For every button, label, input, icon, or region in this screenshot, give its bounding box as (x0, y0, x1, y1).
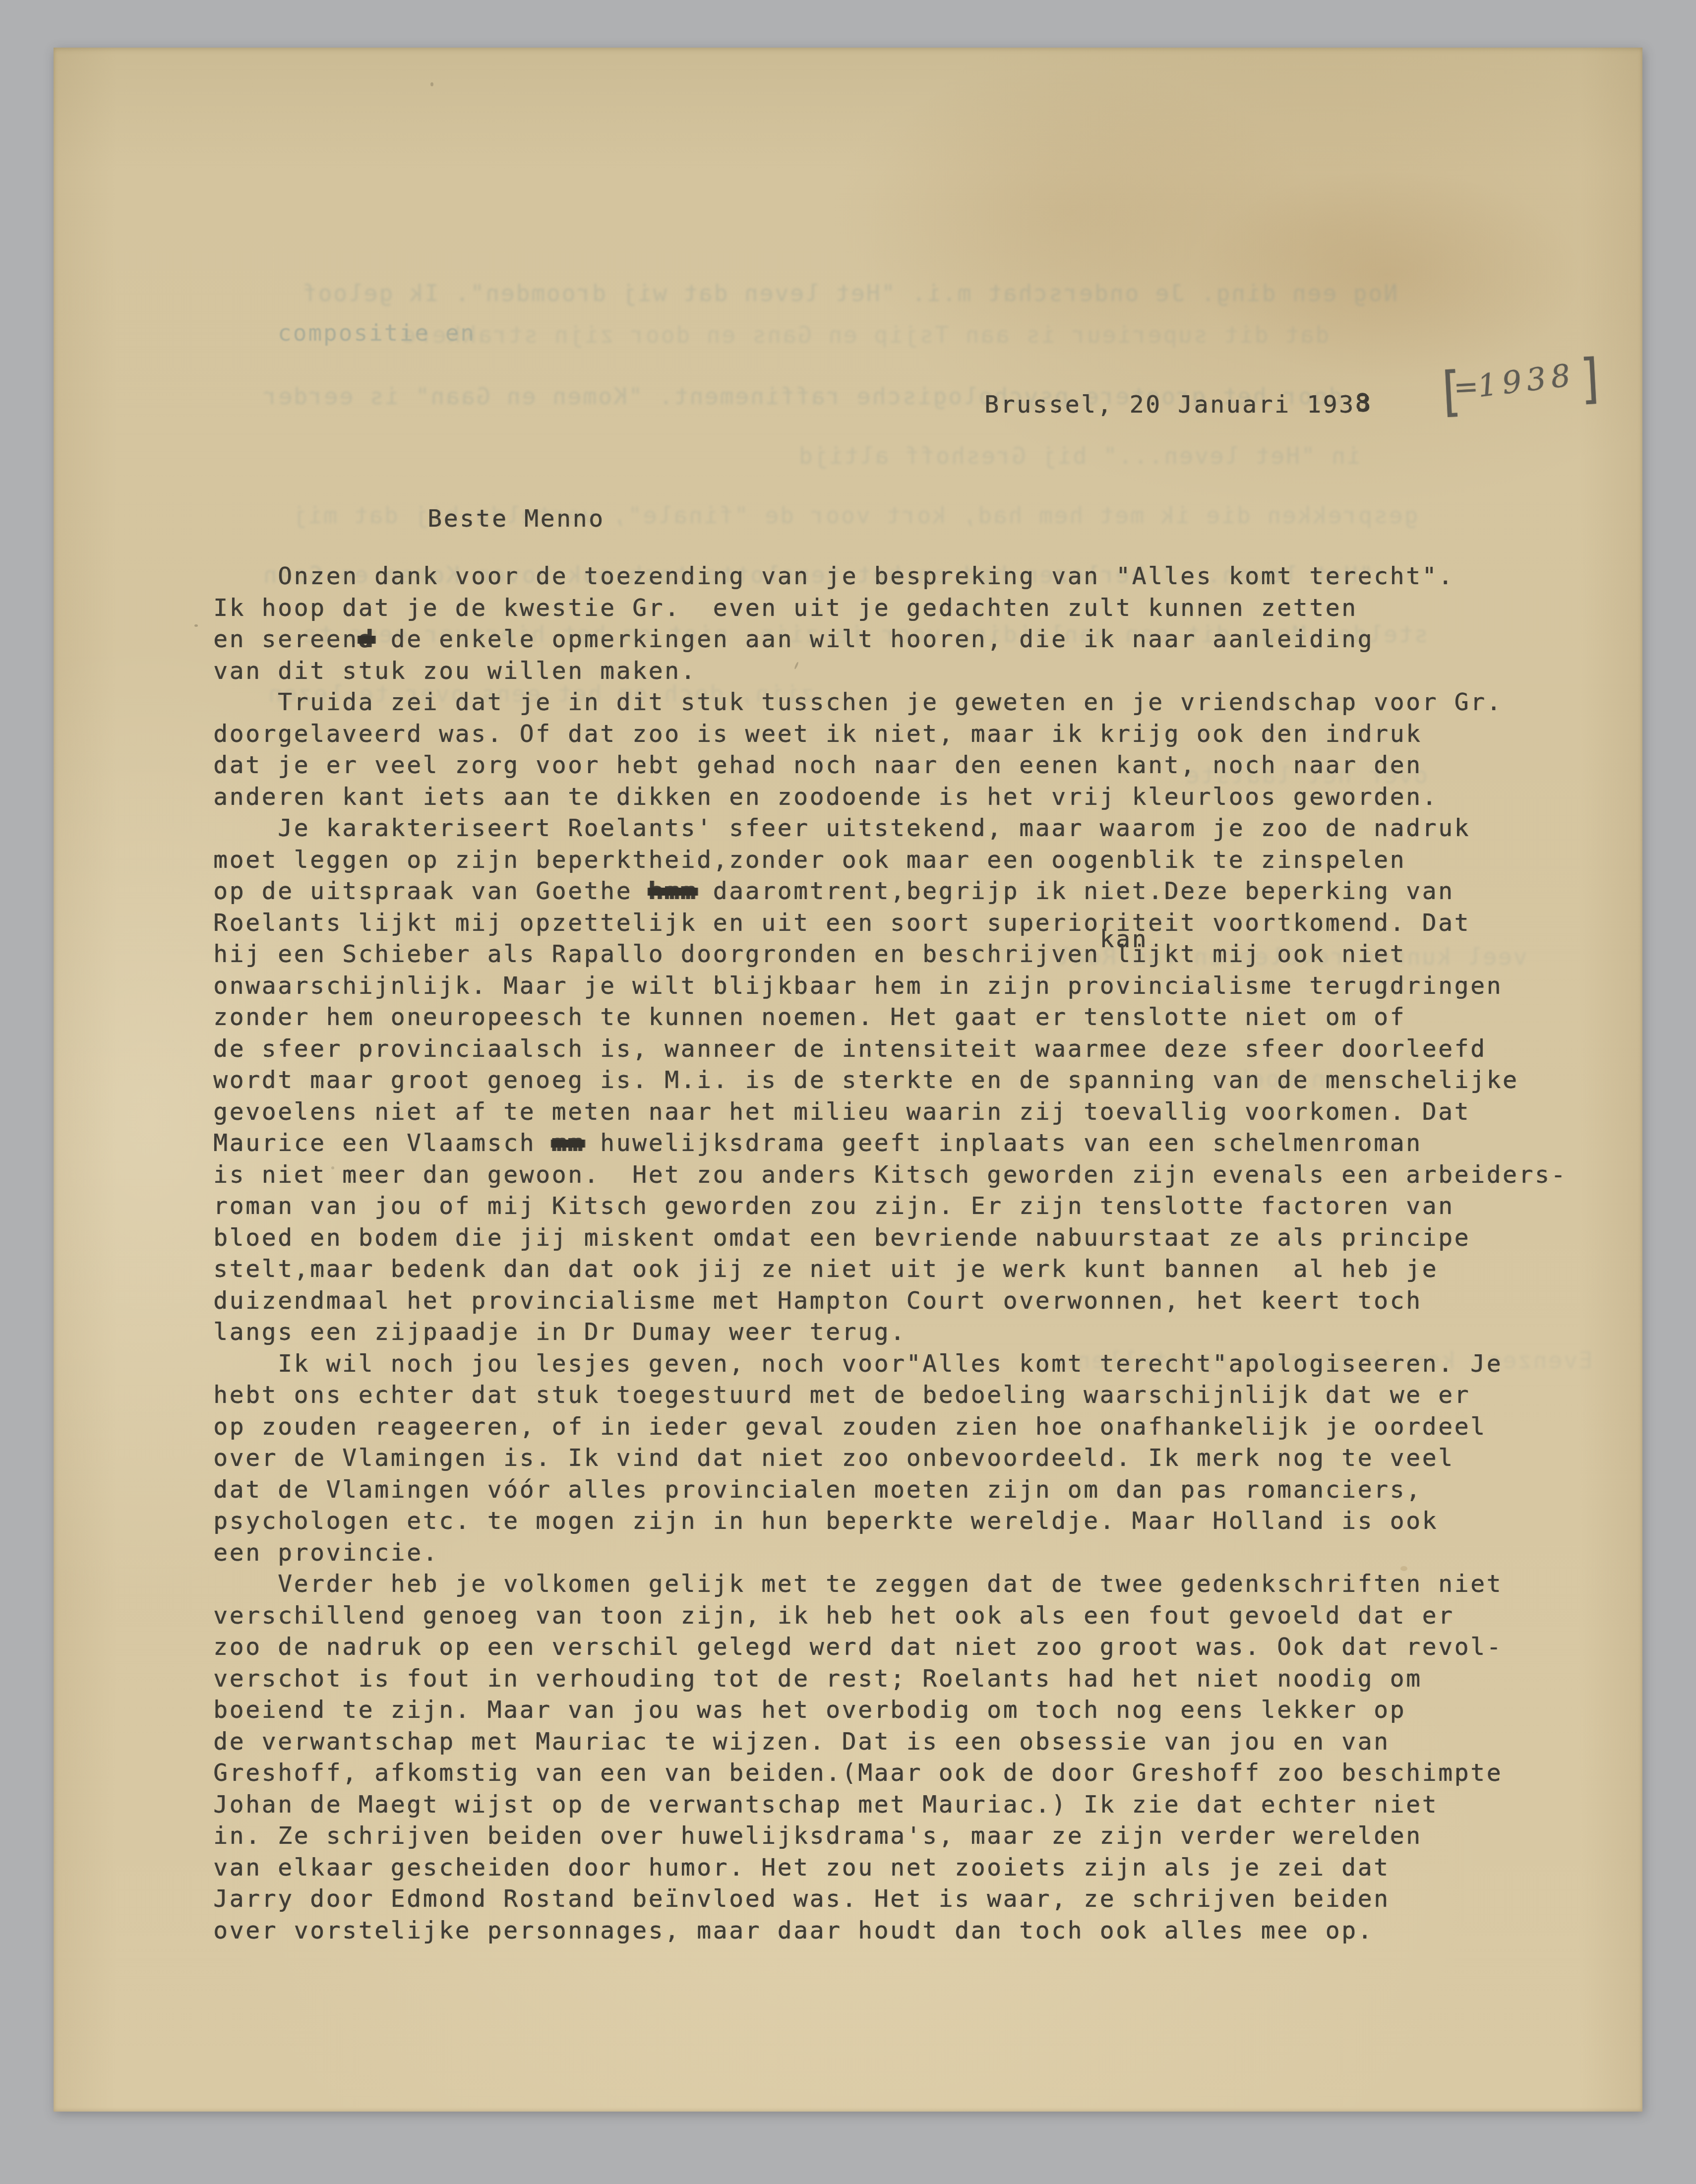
typed-line: Je karakteriseert Roelants' sfeer uitste… (213, 814, 1641, 846)
typed-line: hij een Schieber als Rapallo doorgronden… (213, 940, 1641, 972)
typed-line: Jarry door Edmond Rostand beïnvloed was.… (213, 1885, 1641, 1917)
paper-speck (331, 1166, 334, 1169)
annotation-open-bracket: [ (1441, 360, 1462, 423)
typed-line: roman van jou of mij Kitsch geworden zou… (213, 1192, 1641, 1224)
typed-line: duizendmaal het provincialisme met Hampt… (213, 1287, 1641, 1319)
annotation-close-bracket: ] (1578, 347, 1600, 410)
typed-line: verschot is fout in verhouding tot de re… (213, 1665, 1641, 1697)
typed-line: Onzen dank voor de toezending van je bes… (213, 562, 1641, 594)
typed-line: doorgelaveerd was. Of dat zoo is weet ik… (213, 720, 1641, 752)
typed-line: Roelants lijkt mij opzettelijk en uit ee… (213, 909, 1641, 941)
typed-line: Johan de Maegt wijst op de verwantschap … (213, 1791, 1641, 1822)
salutation: Beste Menno (427, 505, 605, 533)
bleedthrough-line: in "Het leven..." bij Greshoff altijd (797, 442, 1361, 469)
photo-background: { "page": { "background_color": "#afb0b2… (0, 0, 1696, 2184)
typed-line: psychologen etc. te mogen zijn in hun be… (213, 1507, 1641, 1539)
typed-line: Truida zei dat je in dit stuk tusschen j… (213, 688, 1641, 720)
typed-line: op zouden reageeren, of in ieder geval z… (213, 1413, 1641, 1445)
typed-line: over vorstelijke personnages, maar daar … (213, 1917, 1641, 1948)
letter-body: Onzen dank voor de toezending van je bes… (213, 562, 1641, 1948)
typed-line: dat de Vlamingen vóór alles provincialen… (213, 1476, 1641, 1508)
bleedthrough-line: Nog een ding. Je onderschat m.i. "Het le… (302, 280, 1397, 306)
typed-line: verschillend genoeg van toon zijn, ik he… (213, 1602, 1641, 1634)
typed-line: wordt maar groot genoeg is. M.i. is de s… (213, 1066, 1641, 1098)
typed-line: onwaarschijnlijk. Maar je wilt blijkbaar… (213, 972, 1641, 1004)
typed-line: Greshoff, afkomstig van een van beiden.(… (213, 1759, 1641, 1791)
pencil-annotation: [=1938] (1441, 356, 1600, 420)
paper-stain-dot (1400, 1566, 1407, 1571)
typed-line: hebt ons echter dat stuk toegestuurd met… (213, 1381, 1641, 1413)
typed-line: in. Ze schrijven beiden over huwelijksdr… (213, 1822, 1641, 1854)
typed-line: de sfeer provinciaalsch is, wanneer de i… (213, 1035, 1641, 1067)
typed-line: en sereend de enkele opmerkingen aan wil… (213, 625, 1641, 657)
typed-line: dat je er veel zorg voor hebt gehad noch… (213, 751, 1641, 783)
typed-line: bloed en bodem die jij miskent omdat een… (213, 1224, 1641, 1256)
typed-line: stelt,maar bedenk dan dat ook jij ze nie… (213, 1255, 1641, 1287)
typed-line: een provincie. (213, 1539, 1641, 1571)
typed-line: over de Vlamingen is. Ik vind dat niet z… (213, 1444, 1641, 1476)
annotation-year: 1938 (1475, 357, 1577, 405)
typed-line: anderen kant iets aan te dikken en zoodo… (213, 783, 1641, 815)
date-line: Brussel, 20 Januari 19338 (984, 389, 1371, 419)
paper-speck (194, 624, 198, 627)
typed-line: moet leggen op zijn beperktheid,zonder o… (213, 846, 1641, 878)
typed-line: zoo de nadruk op een verschil gelegd wer… (213, 1633, 1641, 1665)
bleedthrough-line: dat dit superieur is aan Tsjip en Gans e… (401, 321, 1329, 348)
typed-line: is niet meer dan gewoon. Het zou anders … (213, 1161, 1641, 1193)
typed-line: zonder hem oneuropeesch te kunnen noemen… (213, 1003, 1641, 1035)
typed-line: van dit stuk zou willen maken. (213, 657, 1641, 689)
paper-speck (430, 82, 433, 86)
typed-line: gevoelens niet af te meten naar het mili… (213, 1098, 1641, 1130)
typed-line: Maurice een Vlaamsch mm huwelijksdrama g… (213, 1129, 1641, 1161)
typed-line: Ik wil noch jou lesjes geven, noch voor"… (213, 1350, 1641, 1382)
typed-line: Ik hoop dat je de kwestie Gr. even uit j… (213, 594, 1641, 626)
typed-line: de verwantschap met Mauriac te wijzen. D… (213, 1728, 1641, 1759)
letter-paper: Nog een ding. Je onderschat m.i. "Het le… (54, 48, 1642, 2112)
typed-line: op de uitspraak van Goethe hmm daaromtre… (213, 877, 1641, 909)
typed-line: van elkaar gescheiden door humor. Het zo… (213, 1854, 1641, 1885)
typed-line: Verder heb je volkomen gelijk met te zeg… (213, 1570, 1641, 1602)
typed-line: boeiend te zijn. Maar van jou was het ov… (213, 1696, 1641, 1728)
typed-line: langs een zijpaadje in Dr Dumay weer ter… (213, 1318, 1641, 1350)
bleedthrough-fragment: compositie en (278, 319, 476, 346)
